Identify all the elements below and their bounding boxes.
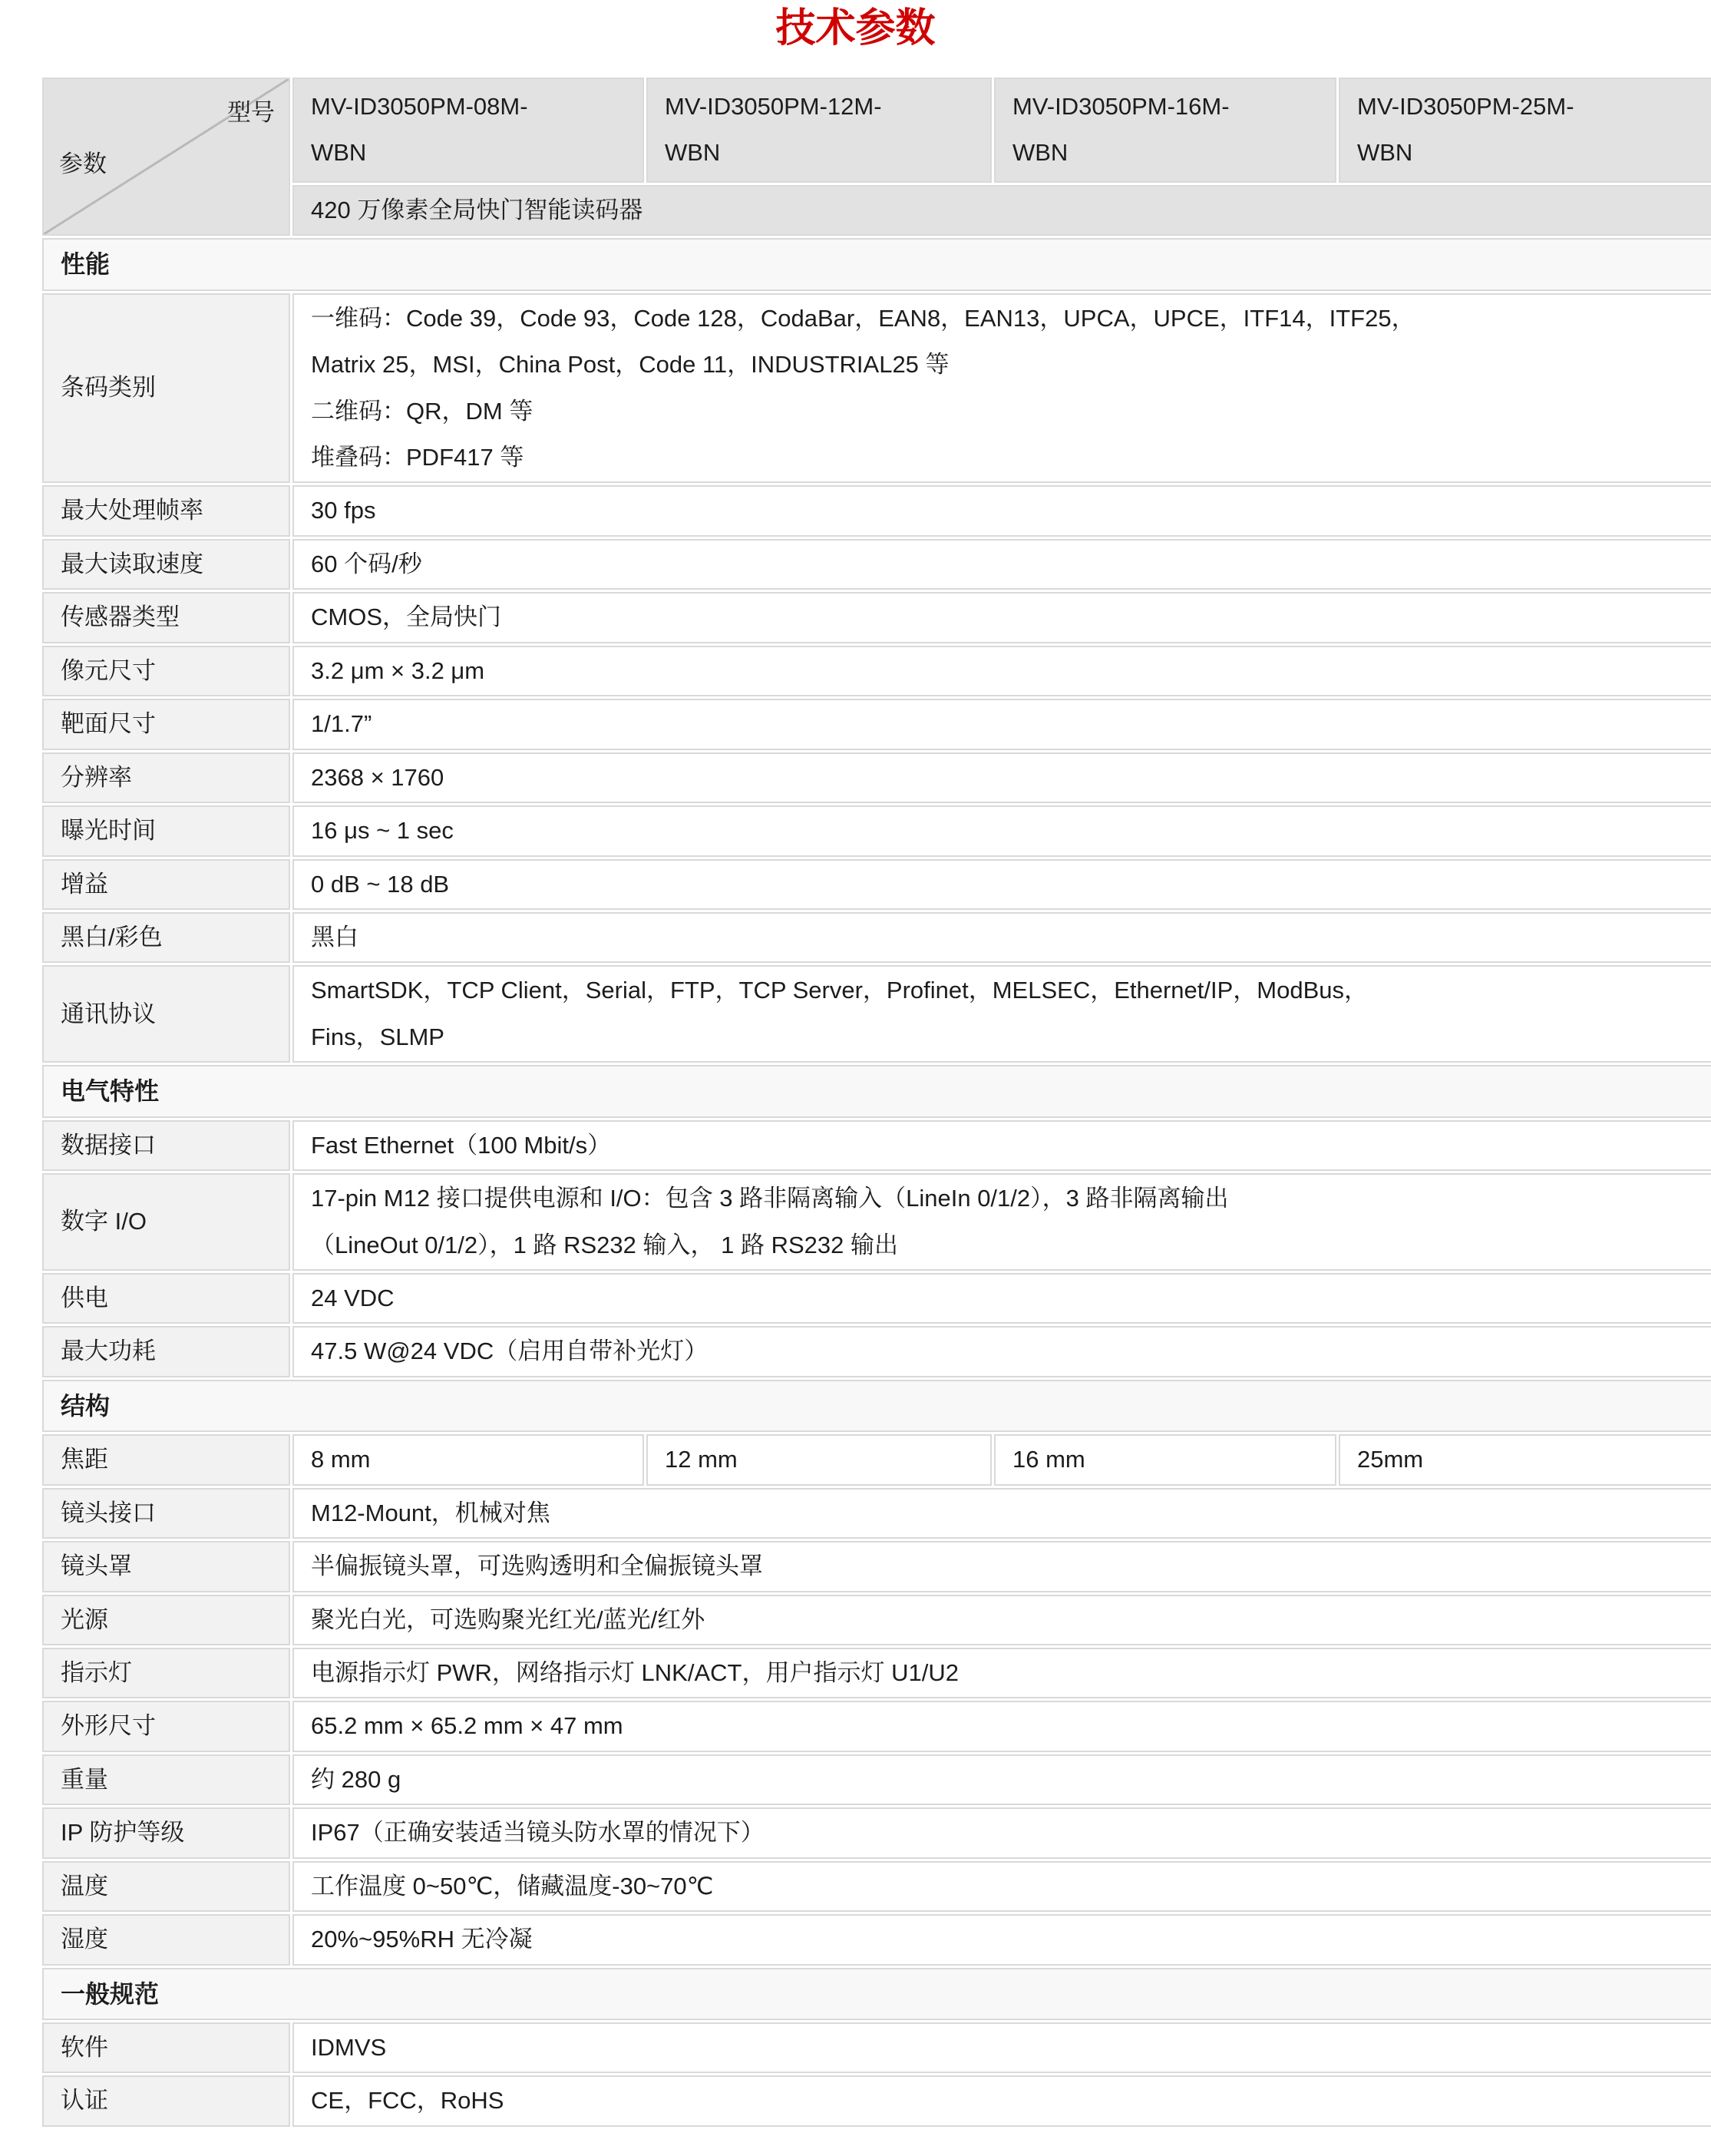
spec-sheet-page: 技术参数 型号 参数 MV-ID3050PM-08M- WBN MV-ID305… xyxy=(0,0,1711,2156)
row-barcode-types: 条码类别 一维码：Code 39，Code 93，Code 128，CodaBa… xyxy=(42,293,1711,484)
resolution-value: 2368 × 1760 xyxy=(292,752,1711,803)
corner-model-label: 型号 xyxy=(227,90,275,136)
row-mono-color: 黑白/彩色 黑白 xyxy=(42,912,1711,963)
focal-length-label: 焦距 xyxy=(42,1434,290,1485)
row-focal-length: 焦距 8 mm 12 mm 16 mm 25mm xyxy=(42,1434,1711,1485)
focal-value-16mm: 16 mm xyxy=(994,1434,1336,1485)
section-row-electrical: 电气特性 xyxy=(42,1065,1711,1117)
row-light-source: 光源 聚光白光，可选购聚光红光/蓝光/红外 xyxy=(42,1595,1711,1645)
pixel-size-label: 像元尺寸 xyxy=(42,646,290,696)
dimensions-label: 外形尺寸 xyxy=(42,1701,290,1751)
gain-label: 增益 xyxy=(42,859,290,910)
weight-value: 约 280 g xyxy=(292,1754,1711,1805)
section-performance: 性能 xyxy=(42,238,1711,290)
row-lens-mount: 镜头接口 M12-Mount，机械对焦 xyxy=(42,1488,1711,1539)
dimensions-value: 65.2 mm × 65.2 mm × 47 mm xyxy=(292,1701,1711,1751)
model-header-08m: MV-ID3050PM-08M- WBN xyxy=(292,78,644,183)
power-supply-value: 24 VDC xyxy=(292,1273,1711,1324)
row-pixel-size: 像元尺寸 3.2 μm × 3.2 μm xyxy=(42,646,1711,696)
digital-io-label: 数字 I/O xyxy=(42,1173,290,1271)
ip-rating-label: IP 防护等级 xyxy=(42,1807,290,1858)
mono-color-value: 黑白 xyxy=(292,912,1711,963)
row-temperature: 温度 工作温度 0~50℃，储藏温度-30~70℃ xyxy=(42,1861,1711,1912)
lens-mount-label: 镜头接口 xyxy=(42,1488,290,1539)
row-software: 软件 IDMVS xyxy=(42,2022,1711,2073)
max-read-speed-label: 最大读取速度 xyxy=(42,539,290,590)
data-interface-label: 数据接口 xyxy=(42,1120,290,1171)
humidity-label: 湿度 xyxy=(42,1914,290,1965)
model-header-16m: MV-ID3050PM-16M- WBN xyxy=(994,78,1336,183)
temperature-label: 温度 xyxy=(42,1861,290,1912)
software-value: IDMVS xyxy=(292,2022,1711,2073)
row-humidity: 湿度 20%~95%RH 无冷凝 xyxy=(42,1914,1711,1965)
section-row-general: 一般规范 xyxy=(42,1968,1711,2020)
sensor-format-label: 靶面尺寸 xyxy=(42,699,290,749)
protocols-label: 通讯协议 xyxy=(42,965,290,1063)
light-source-value: 聚光白光，可选购聚光红光/蓝光/红外 xyxy=(292,1595,1711,1645)
row-digital-io: 数字 I/O 17-pin M12 接口提供电源和 I/O：包含 3 路非隔离输… xyxy=(42,1173,1711,1271)
digital-io-value: 17-pin M12 接口提供电源和 I/O：包含 3 路非隔离输入（LineI… xyxy=(292,1173,1711,1271)
section-general: 一般规范 xyxy=(42,1968,1711,2020)
lens-mount-value: M12-Mount，机械对焦 xyxy=(292,1488,1711,1539)
max-power-value: 47.5 W@24 VDC（启用自带补光灯） xyxy=(292,1326,1711,1377)
pixel-size-value: 3.2 μm × 3.2 μm xyxy=(292,646,1711,696)
exposure-time-label: 曝光时间 xyxy=(42,805,290,856)
max-read-speed-value: 60 个码/秒 xyxy=(292,539,1711,590)
exposure-time-value: 16 μs ~ 1 sec xyxy=(292,805,1711,856)
section-row-performance: 性能 xyxy=(42,238,1711,290)
row-weight: 重量 约 280 g xyxy=(42,1754,1711,1805)
section-row-structure: 结构 xyxy=(42,1380,1711,1432)
barcode-types-value: 一维码：Code 39，Code 93，Code 128，CodaBar，EAN… xyxy=(292,293,1711,484)
model-header-12m: MV-ID3050PM-12M- WBN xyxy=(646,78,992,183)
max-frame-rate-value: 30 fps xyxy=(292,485,1711,536)
row-power-supply: 供电 24 VDC xyxy=(42,1273,1711,1324)
power-supply-label: 供电 xyxy=(42,1273,290,1324)
focal-value-8mm: 8 mm xyxy=(292,1434,644,1485)
row-max-read-speed: 最大读取速度 60 个码/秒 xyxy=(42,539,1711,590)
ip-rating-value: IP67（正确安装适当镜头防水罩的情况下） xyxy=(292,1807,1711,1858)
sensor-type-label: 传感器类型 xyxy=(42,592,290,643)
row-exposure-time: 曝光时间 16 μs ~ 1 sec xyxy=(42,805,1711,856)
gain-value: 0 dB ~ 18 dB xyxy=(292,859,1711,910)
mono-color-label: 黑白/彩色 xyxy=(42,912,290,963)
row-protocols: 通讯协议 SmartSDK，TCP Client，Serial，FTP，TCP … xyxy=(42,965,1711,1063)
spec-table: 型号 参数 MV-ID3050PM-08M- WBN MV-ID3050PM-1… xyxy=(40,75,1711,2129)
protocols-value: SmartSDK，TCP Client，Serial，FTP，TCP Serve… xyxy=(292,965,1711,1063)
model-header-25m: MV-ID3050PM-25M- WBN xyxy=(1339,78,1711,183)
max-power-label: 最大功耗 xyxy=(42,1326,290,1377)
light-source-label: 光源 xyxy=(42,1595,290,1645)
data-interface-value: Fast Ethernet（100 Mbit/s） xyxy=(292,1120,1711,1171)
software-label: 软件 xyxy=(42,2022,290,2073)
focal-value-12mm: 12 mm xyxy=(646,1434,992,1485)
row-sensor-type: 传感器类型 CMOS，全局快门 xyxy=(42,592,1711,643)
sensor-type-value: CMOS，全局快门 xyxy=(292,592,1711,643)
lens-cover-value: 半偏振镜头罩，可选购透明和全偏振镜头罩 xyxy=(292,1541,1711,1592)
indicators-label: 指示灯 xyxy=(42,1648,290,1698)
certification-label: 认证 xyxy=(42,2075,290,2126)
max-frame-rate-label: 最大处理帧率 xyxy=(42,485,290,536)
indicators-value: 电源指示灯 PWR，网络指示灯 LNK/ACT，用户指示灯 U1/U2 xyxy=(292,1648,1711,1698)
resolution-label: 分辨率 xyxy=(42,752,290,803)
row-data-interface: 数据接口 Fast Ethernet（100 Mbit/s） xyxy=(42,1120,1711,1171)
weight-label: 重量 xyxy=(42,1754,290,1805)
focal-value-25mm: 25mm xyxy=(1339,1434,1711,1485)
certification-value: CE，FCC，RoHS xyxy=(292,2075,1711,2126)
header-row-models: 型号 参数 MV-ID3050PM-08M- WBN MV-ID3050PM-1… xyxy=(42,78,1711,183)
product-description: 420 万像素全局快门智能读码器 xyxy=(292,185,1711,236)
corner-param-label: 参数 xyxy=(59,141,107,187)
row-dimensions: 外形尺寸 65.2 mm × 65.2 mm × 47 mm xyxy=(42,1701,1711,1751)
row-max-power: 最大功耗 47.5 W@24 VDC（启用自带补光灯） xyxy=(42,1326,1711,1377)
row-resolution: 分辨率 2368 × 1760 xyxy=(42,752,1711,803)
row-indicators: 指示灯 电源指示灯 PWR，网络指示灯 LNK/ACT，用户指示灯 U1/U2 xyxy=(42,1648,1711,1698)
barcode-types-label: 条码类别 xyxy=(42,293,290,484)
temperature-value: 工作温度 0~50℃，储藏温度-30~70℃ xyxy=(292,1861,1711,1912)
sensor-format-value: 1/1.7” xyxy=(292,699,1711,749)
row-lens-cover: 镜头罩 半偏振镜头罩，可选购透明和全偏振镜头罩 xyxy=(42,1541,1711,1592)
row-gain: 增益 0 dB ~ 18 dB xyxy=(42,859,1711,910)
row-max-frame-rate: 最大处理帧率 30 fps xyxy=(42,485,1711,536)
row-certification: 认证 CE，FCC，RoHS xyxy=(42,2075,1711,2126)
section-structure: 结构 xyxy=(42,1380,1711,1432)
section-electrical: 电气特性 xyxy=(42,1065,1711,1117)
corner-cell: 型号 参数 xyxy=(42,78,290,236)
row-ip-rating: IP 防护等级 IP67（正确安装适当镜头防水罩的情况下） xyxy=(42,1807,1711,1858)
lens-cover-label: 镜头罩 xyxy=(42,1541,290,1592)
humidity-value: 20%~95%RH 无冷凝 xyxy=(292,1914,1711,1965)
header-row-subtitle: 420 万像素全局快门智能读码器 xyxy=(42,185,1711,236)
page-title: 技术参数 xyxy=(0,0,1711,75)
row-sensor-format: 靶面尺寸 1/1.7” xyxy=(42,699,1711,749)
